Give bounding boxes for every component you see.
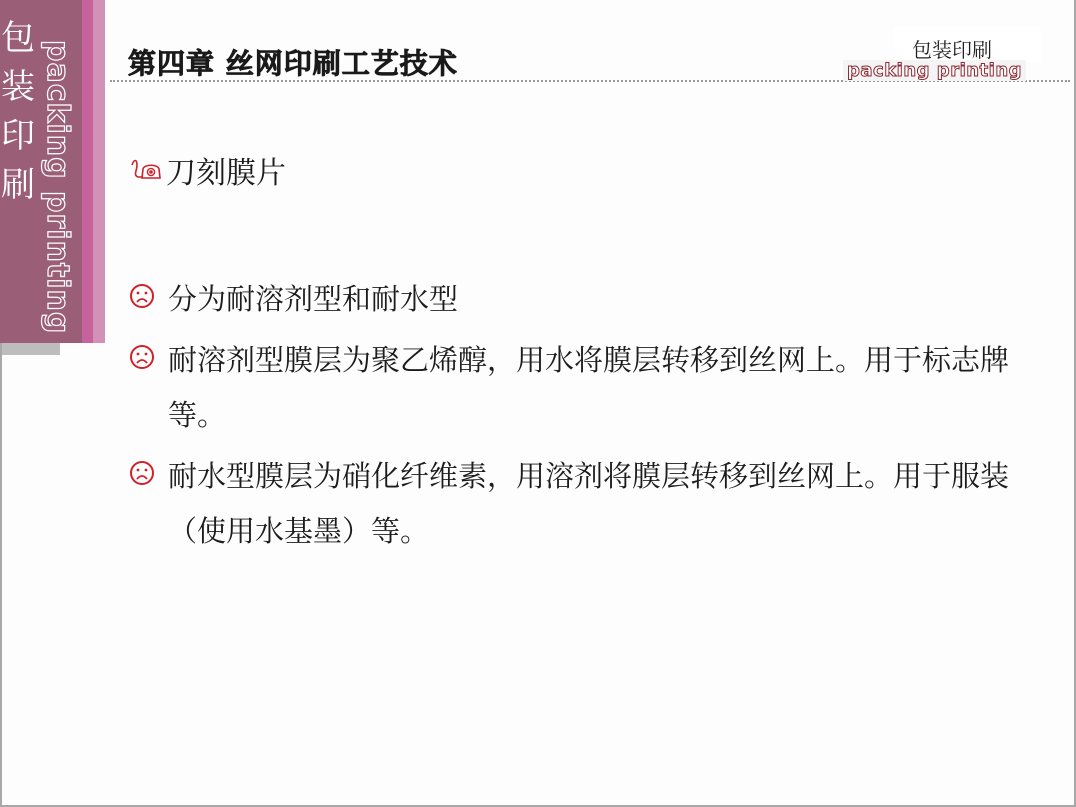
list-item: 耐溶剂型膜层为聚乙烯醇，用水将膜层转移到丝网上。用于标志牌等。	[128, 333, 1028, 443]
list-item-text: 分为耐溶剂型和耐水型	[168, 272, 1018, 327]
list-item: 分为耐溶剂型和耐水型	[128, 272, 1028, 327]
section-heading: 刀刻膜片	[130, 148, 286, 192]
brand-english: packing printing	[843, 60, 1026, 81]
sad-face-icon	[128, 459, 156, 487]
list-item-text: 耐溶剂型膜层为聚乙烯醇，用水将膜层转移到丝网上。用于标志牌等。	[168, 333, 1018, 443]
sidebar-char: 包	[0, 14, 36, 63]
bullet-list: 分为耐溶剂型和耐水型 耐溶剂型膜层为聚乙烯醇，用水将膜层转移到丝网上。用于标志牌…	[128, 272, 1028, 565]
sidebar-char: 装	[0, 63, 36, 112]
sidebar-vertical-english: packing printing	[42, 40, 72, 340]
sad-face-icon	[128, 282, 156, 310]
chapter-title: 第四章 丝网印刷工艺技术	[128, 42, 458, 82]
sidebar-vertical-title: 包 装 印 刷	[0, 14, 36, 210]
brand-chinese: 包装印刷	[912, 34, 992, 63]
list-item: 耐水型膜层为硝化纤维素，用溶剂将膜层转移到丝网上。用于服装（使用水基墨）等。	[128, 449, 1028, 559]
sidebar-char: 刷	[0, 161, 36, 210]
slide-border-left	[0, 340, 2, 807]
sad-face-icon	[128, 343, 156, 371]
section-heading-text: 刀刻膜片	[166, 148, 286, 192]
telephone-icon	[130, 157, 164, 183]
sidebar-char: 印	[0, 112, 36, 161]
list-item-text: 耐水型膜层为硝化纤维素，用溶剂将膜层转移到丝网上。用于服装（使用水基墨）等。	[168, 449, 1018, 559]
sidebar-stripe-light	[93, 0, 105, 343]
sidebar-stripe	[82, 0, 93, 343]
sidebar-shadow	[2, 343, 60, 355]
